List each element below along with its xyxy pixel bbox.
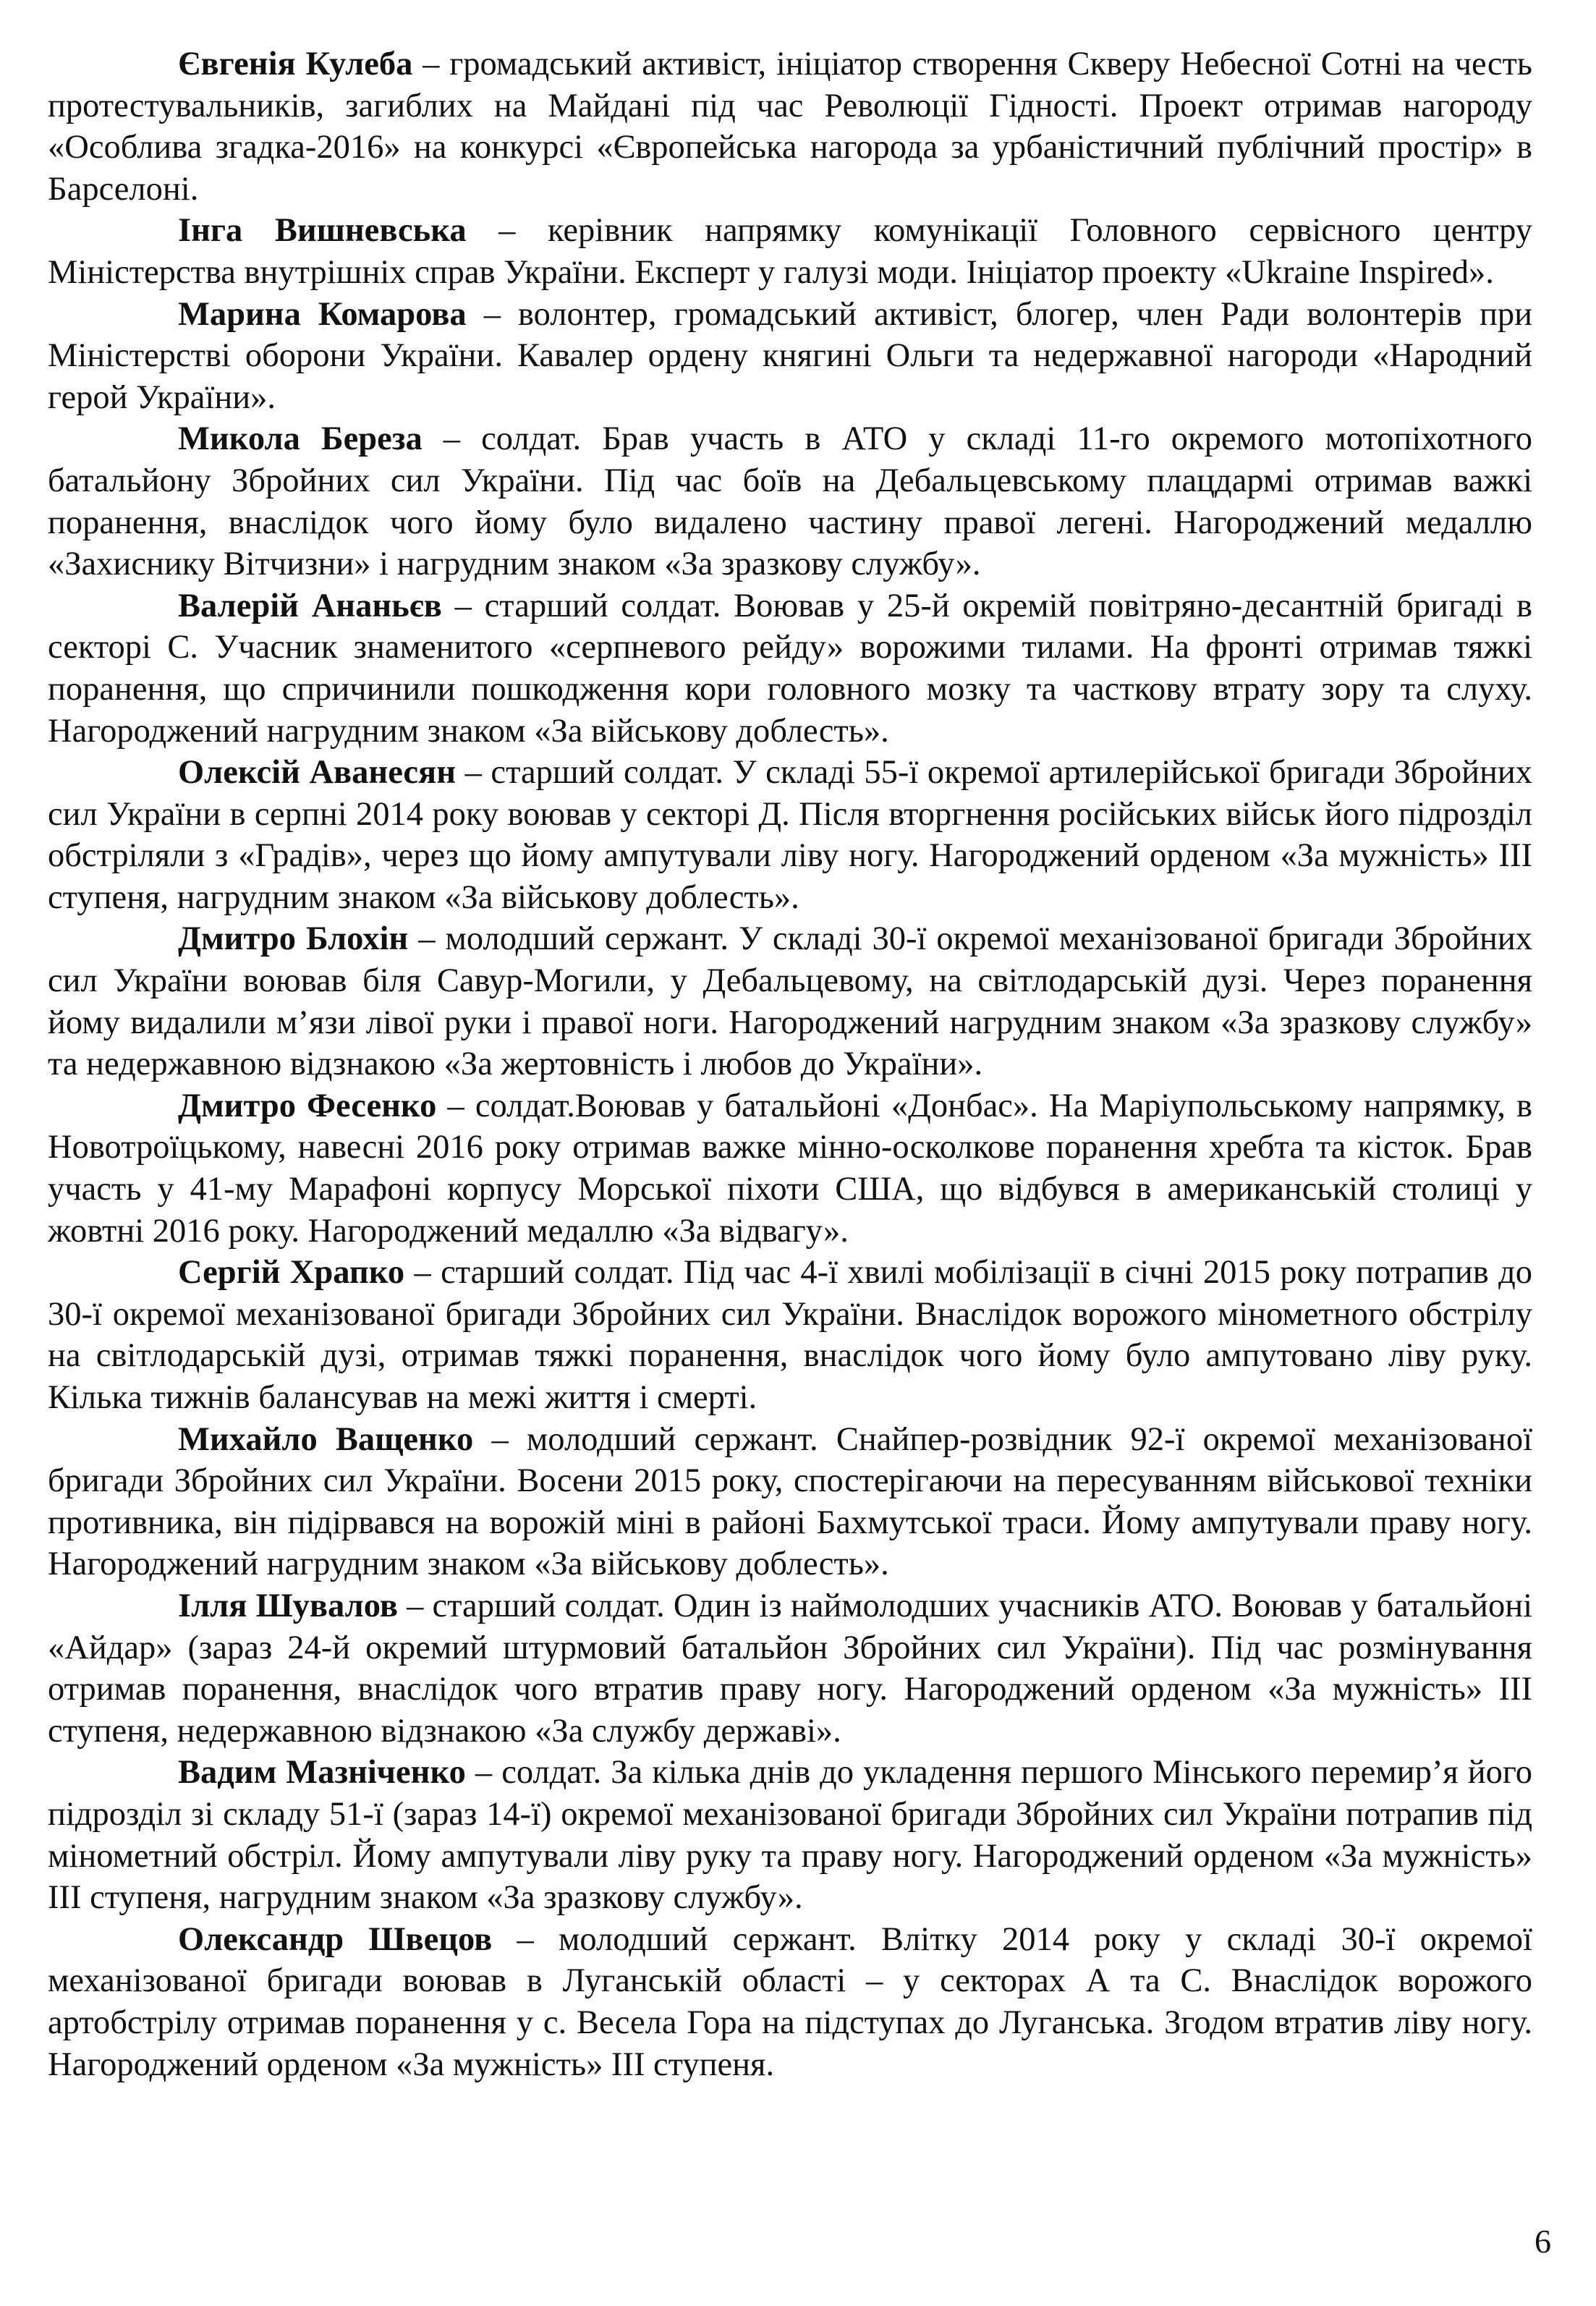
bio-paragraph-avanesian: Олексій Аванесян – старший солдат. У скл… [48,752,1532,918]
bio-paragraph-kuleba: Євгенія Кулеба – громадський активіст, і… [48,43,1532,210]
bio-name: Вадим Мазніченко [178,1754,466,1791]
page-number: 6 [1535,2221,1551,2262]
document-page: Євгенія Кулеба – громадський активіст, і… [48,43,1532,2085]
bio-paragraph-khrapko: Сергій Храпко – старший солдат. Під час … [48,1252,1532,1418]
bio-paragraph-vyshnevska: Інга Вишневська – керівник напрямку кому… [48,210,1532,293]
bio-paragraph-komarova: Марина Комарова – волонтер, громадський … [48,294,1532,419]
bio-paragraph-ananiev: Валерій Ананьєв – старший солдат. Воював… [48,585,1532,752]
bio-name: Олександр Швецов [178,1921,492,1958]
bio-name: Дмитро Фесенко [178,1088,436,1124]
bio-name: Дмитро Блохін [178,920,408,957]
bio-name: Валерій Ананьєв [178,588,442,624]
bio-name: Ілля Шувалов [178,1588,398,1624]
bio-paragraph-blokhin: Дмитро Блохін – молодший сержант. У скла… [48,918,1532,1085]
bio-paragraph-shuvalov: Ілля Шувалов – старший солдат. Один із н… [48,1585,1532,1752]
bio-paragraph-maznichenko: Вадим Мазніченко – солдат. За кілька дні… [48,1752,1532,1918]
bio-paragraph-fesenko: Дмитро Фесенко – солдат.Воював у батальй… [48,1085,1532,1252]
bio-name: Інга Вишневська [178,212,467,249]
bio-name: Михайло Ващенко [178,1421,473,1458]
bio-paragraph-vashchenko: Михайло Ващенко – молодший сержант. Снай… [48,1419,1532,1585]
bio-paragraph-shvetsov: Олександр Швецов – молодший сержант. Влі… [48,1919,1532,2085]
bio-paragraph-bereza: Микола Береза – солдат. Брав участь в АТ… [48,418,1532,585]
bio-name: Сергій Храпко [178,1254,404,1291]
bio-name: Олексій Аванесян [178,754,456,791]
bio-name: Микола Береза [178,420,423,457]
bio-name: Марина Комарова [178,296,467,333]
bio-name: Євгенія Кулеба [178,46,412,82]
